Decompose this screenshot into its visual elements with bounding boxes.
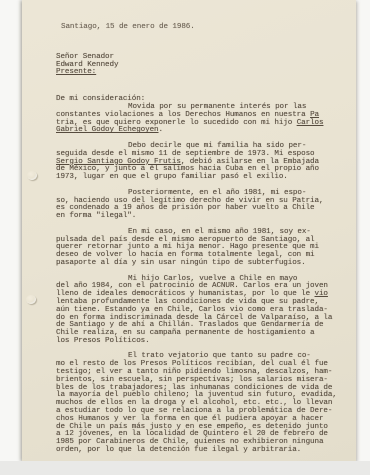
letter-paragraph: Movida por su permanente interés por las… (56, 104, 344, 135)
recipient-presente-label: Presente: (56, 68, 96, 76)
date-line: Santiago, 15 de enero de 1986. (61, 24, 344, 32)
scanned-letter: Santiago, 15 de enero de 1986. Señor Sen… (0, 0, 370, 475)
letter-paragraph: Debo decirle que mi familia ha sido per-… (56, 143, 344, 182)
scan-background-strip (0, 461, 370, 475)
letter-page: Santiago, 15 de enero de 1986. Señor Sen… (22, 0, 356, 461)
letter-paragraph: El trato vejatorio que tanto su padre co… (56, 353, 344, 454)
recipient-name: Edward Kennedy (56, 62, 344, 70)
letter-paragraph: En mi caso, en el mismo año 1981, soy ex… (56, 229, 344, 268)
letter-body: Movida por su permanente interés por las… (56, 104, 344, 455)
recipient-presente: Presente: (56, 69, 344, 77)
letter-content: Santiago, 15 de enero de 1986. Señor Sen… (22, 0, 356, 455)
letter-paragraph: Posteriormente, en el año 1981, mi espo-… (56, 190, 344, 221)
recipient-block: Señor Senador Edward Kennedy Presente: (56, 54, 344, 77)
letter-paragraph: Mi hijo Carlos, vuelve a Chile en mayo d… (56, 276, 344, 346)
